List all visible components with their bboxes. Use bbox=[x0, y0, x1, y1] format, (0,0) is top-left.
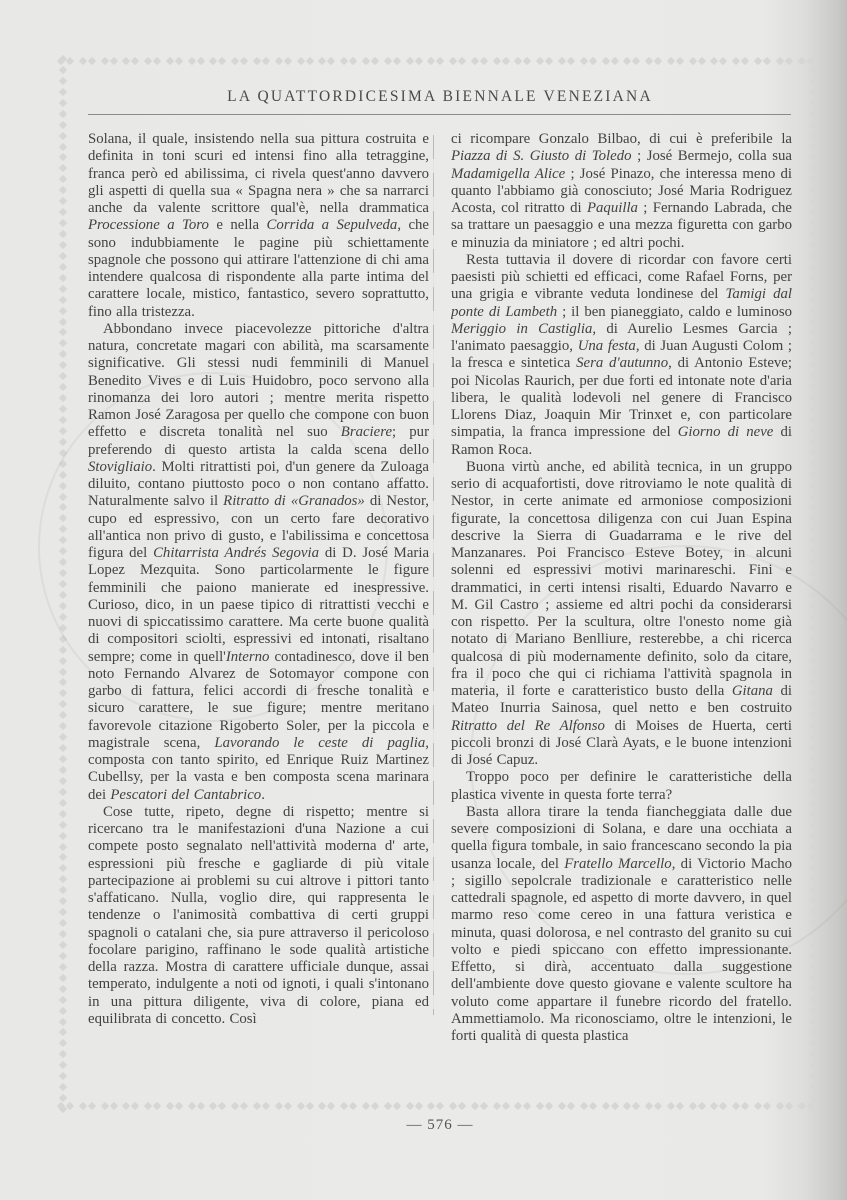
diamond-ornament-icon bbox=[58, 66, 66, 74]
paragraph: Cose tutte, ripeto, degne di rispetto; m… bbox=[88, 804, 429, 1028]
diamond-border-top bbox=[58, 56, 814, 65]
diamond-ornament-icon bbox=[340, 56, 348, 64]
diamond-ornament-icon bbox=[405, 1101, 413, 1109]
diamond-ornament-icon bbox=[58, 88, 66, 96]
diamond-ornament-icon bbox=[58, 831, 66, 839]
diamond-ornament-icon bbox=[240, 56, 248, 64]
diamond-ornament-icon bbox=[436, 56, 444, 64]
diamond-ornament-icon bbox=[436, 1101, 444, 1109]
diamond-ornament-icon bbox=[231, 56, 239, 64]
diamond-ornament-icon bbox=[58, 416, 66, 424]
diamond-ornament-icon bbox=[58, 799, 66, 807]
diamond-ornament-icon bbox=[763, 56, 771, 64]
diamond-ornament-icon bbox=[109, 1101, 117, 1109]
left-column: Solana, il quale, insistendo nella sua p… bbox=[88, 131, 429, 1099]
header-rule bbox=[88, 114, 791, 115]
diamond-ornament-icon bbox=[58, 1083, 66, 1091]
diamond-ornament-icon bbox=[58, 142, 66, 150]
diamond-ornament-icon bbox=[719, 1101, 727, 1109]
diamond-ornament-icon bbox=[58, 864, 66, 872]
diamond-ornament-icon bbox=[362, 56, 370, 64]
diamond-ornament-icon bbox=[58, 1039, 66, 1047]
diamond-ornament-icon bbox=[318, 56, 326, 64]
diamond-ornament-icon bbox=[414, 1101, 422, 1109]
diamond-ornament-icon bbox=[175, 1101, 183, 1109]
diamond-ornament-icon bbox=[809, 153, 817, 161]
diamond-ornament-icon bbox=[58, 897, 66, 905]
diamond-ornament-icon bbox=[809, 197, 817, 205]
diamond-ornament-icon bbox=[580, 1101, 588, 1109]
diamond-ornament-icon bbox=[809, 941, 817, 949]
diamond-ornament-icon bbox=[809, 88, 817, 96]
diamond-ornament-icon bbox=[58, 809, 66, 817]
diamond-ornament-icon bbox=[809, 503, 817, 511]
diamond-ornament-icon bbox=[58, 230, 66, 238]
diamond-ornament-icon bbox=[809, 263, 817, 271]
diamond-ornament-icon bbox=[809, 481, 817, 489]
diamond-ornament-icon bbox=[589, 56, 597, 64]
diamond-border-right bbox=[809, 56, 818, 1112]
diamond-ornament-icon bbox=[58, 99, 66, 107]
diamond-ornament-icon bbox=[458, 56, 466, 64]
diamond-ornament-icon bbox=[697, 56, 705, 64]
work-title-italic: Corrida a Sepulveda bbox=[267, 217, 398, 233]
diamond-ornament-icon bbox=[58, 208, 66, 216]
diamond-ornament-icon bbox=[809, 1050, 817, 1058]
diamond-ornament-icon bbox=[58, 394, 66, 402]
diamond-ornament-icon bbox=[809, 470, 817, 478]
diamond-ornament-icon bbox=[809, 492, 817, 500]
diamond-ornament-icon bbox=[58, 164, 66, 172]
diamond-ornament-icon bbox=[688, 1101, 696, 1109]
diamond-ornament-icon bbox=[58, 908, 66, 916]
text-segment: ; José Bermejo, colla sua bbox=[632, 148, 792, 164]
work-title-italic: Lavorando le ceste di paglia bbox=[214, 735, 425, 751]
diamond-ornament-icon bbox=[809, 55, 817, 63]
work-title-italic: Ritratto di «Granados» bbox=[223, 493, 365, 509]
diamond-ornament-icon bbox=[558, 1101, 566, 1109]
diamond-ornament-icon bbox=[732, 1101, 740, 1109]
diamond-ornament-icon bbox=[58, 744, 66, 752]
diamond-ornament-icon bbox=[809, 383, 817, 391]
diamond-ornament-icon bbox=[58, 963, 66, 971]
diamond-ornament-icon bbox=[58, 645, 66, 653]
diamond-ornament-icon bbox=[480, 56, 488, 64]
article-body: Solana, il quale, insistendo nella sua p… bbox=[88, 131, 792, 1099]
diamond-ornament-icon bbox=[318, 1101, 326, 1109]
diamond-ornament-icon bbox=[809, 274, 817, 282]
diamond-ornament-icon bbox=[545, 1101, 553, 1109]
diamond-ornament-icon bbox=[645, 56, 653, 64]
diamond-ornament-icon bbox=[414, 56, 422, 64]
diamond-ornament-icon bbox=[58, 284, 66, 292]
text-segment: . bbox=[261, 787, 265, 803]
diamond-ornament-icon bbox=[58, 700, 66, 708]
diamond-ornament-icon bbox=[371, 1101, 379, 1109]
work-title-italic: Processione a Toro bbox=[88, 217, 209, 233]
diamond-ornament-icon bbox=[471, 1101, 479, 1109]
diamond-ornament-icon bbox=[589, 1101, 597, 1109]
diamond-ornament-icon bbox=[196, 1101, 204, 1109]
diamond-ornament-icon bbox=[449, 1101, 457, 1109]
diamond-ornament-icon bbox=[58, 317, 66, 325]
diamond-ornament-icon bbox=[144, 1101, 152, 1109]
diamond-ornament-icon bbox=[809, 984, 817, 992]
diamond-ornament-icon bbox=[623, 56, 631, 64]
diamond-ornament-icon bbox=[58, 306, 66, 314]
diamond-ornament-icon bbox=[809, 1094, 817, 1102]
diamond-ornament-icon bbox=[305, 56, 313, 64]
paragraph: Solana, il quale, insistendo nella sua p… bbox=[88, 131, 429, 321]
work-title-italic: Paquilla bbox=[587, 200, 638, 216]
diamond-ornament-icon bbox=[809, 317, 817, 325]
diamond-ornament-icon bbox=[754, 56, 762, 64]
diamond-ornament-icon bbox=[809, 963, 817, 971]
diamond-ornament-icon bbox=[58, 383, 66, 391]
diamond-ornament-icon bbox=[218, 1101, 226, 1109]
diamond-ornament-icon bbox=[809, 405, 817, 413]
diamond-ornament-icon bbox=[240, 1101, 248, 1109]
diamond-ornament-icon bbox=[809, 339, 817, 347]
diamond-ornament-icon bbox=[327, 1101, 335, 1109]
diamond-ornament-icon bbox=[492, 1101, 500, 1109]
diamond-ornament-icon bbox=[153, 1101, 161, 1109]
diamond-ornament-icon bbox=[209, 56, 217, 64]
diamond-ornament-icon bbox=[809, 1083, 817, 1091]
diamond-ornament-icon bbox=[58, 175, 66, 183]
right-column: ci ricompare Gonzalo Bilbao, di cui è pr… bbox=[451, 131, 792, 1099]
diamond-ornament-icon bbox=[122, 1101, 130, 1109]
diamond-ornament-icon bbox=[558, 56, 566, 64]
diamond-ornament-icon bbox=[809, 974, 817, 982]
diamond-ornament-icon bbox=[501, 1101, 509, 1109]
diamond-ornament-icon bbox=[58, 295, 66, 303]
diamond-ornament-icon bbox=[79, 56, 87, 64]
diamond-ornament-icon bbox=[58, 995, 66, 1003]
diamond-ornament-icon bbox=[809, 372, 817, 380]
diamond-ornament-icon bbox=[58, 1028, 66, 1036]
diamond-ornament-icon bbox=[809, 536, 817, 544]
diamond-ornament-icon bbox=[58, 984, 66, 992]
text-segment: Buona virtù anche, ed abilità tecnica, i… bbox=[451, 459, 792, 699]
work-title-italic: Fratello Marcello bbox=[564, 856, 671, 872]
diamond-ornament-icon bbox=[58, 1072, 66, 1080]
diamond-ornament-icon bbox=[809, 514, 817, 522]
diamond-ornament-icon bbox=[536, 56, 544, 64]
diamond-ornament-icon bbox=[58, 197, 66, 205]
diamond-ornament-icon bbox=[809, 547, 817, 555]
diamond-ornament-icon bbox=[327, 56, 335, 64]
diamond-ornament-icon bbox=[383, 1101, 391, 1109]
diamond-ornament-icon bbox=[122, 56, 130, 64]
diamond-ornament-icon bbox=[88, 1101, 96, 1109]
diamond-ornament-icon bbox=[809, 1017, 817, 1025]
work-title-italic: Ritratto del Re Alfonso bbox=[451, 718, 605, 734]
diamond-ornament-icon bbox=[809, 230, 817, 238]
diamond-ornament-icon bbox=[809, 1072, 817, 1080]
diamond-ornament-icon bbox=[809, 1006, 817, 1014]
diamond-ornament-icon bbox=[58, 55, 66, 63]
diamond-ornament-icon bbox=[809, 131, 817, 139]
diamond-ornament-icon bbox=[262, 1101, 270, 1109]
diamond-ornament-icon bbox=[809, 120, 817, 128]
diamond-ornament-icon bbox=[809, 219, 817, 227]
diamond-ornament-icon bbox=[284, 1101, 292, 1109]
paragraph: Abbondano invece piacevolezze pittoriche… bbox=[88, 321, 429, 804]
diamond-ornament-icon bbox=[809, 328, 817, 336]
diamond-ornament-icon bbox=[809, 361, 817, 369]
diamond-ornament-icon bbox=[58, 974, 66, 982]
diamond-ornament-icon bbox=[196, 56, 204, 64]
diamond-ornament-icon bbox=[58, 405, 66, 413]
diamond-ornament-icon bbox=[809, 306, 817, 314]
diamond-ornament-icon bbox=[676, 1101, 684, 1109]
diamond-ornament-icon bbox=[175, 56, 183, 64]
diamond-ornament-icon bbox=[667, 1101, 675, 1109]
diamond-ornament-icon bbox=[688, 56, 696, 64]
diamond-ornament-icon bbox=[131, 56, 139, 64]
diamond-ornament-icon bbox=[741, 1101, 749, 1109]
diamond-ornament-icon bbox=[58, 919, 66, 927]
diamond-ornament-icon bbox=[809, 109, 817, 117]
work-title-italic: Giorno di neve bbox=[678, 424, 774, 440]
diamond-ornament-icon bbox=[809, 525, 817, 533]
diamond-ornament-icon bbox=[58, 1094, 66, 1102]
diamond-ornament-icon bbox=[58, 186, 66, 194]
diamond-ornament-icon bbox=[187, 56, 195, 64]
diamond-ornament-icon bbox=[296, 1101, 304, 1109]
diamond-ornament-icon bbox=[601, 1101, 609, 1109]
diamond-ornament-icon bbox=[58, 788, 66, 796]
text-segment: ci ricompare Gonzalo Bilbao, di cui è pr… bbox=[451, 131, 792, 147]
diamond-ornament-icon bbox=[427, 56, 435, 64]
diamond-ornament-icon bbox=[58, 274, 66, 282]
diamond-ornament-icon bbox=[166, 1101, 174, 1109]
diamond-ornament-icon bbox=[809, 164, 817, 172]
diamond-ornament-icon bbox=[580, 56, 588, 64]
diamond-ornament-icon bbox=[809, 66, 817, 74]
diamond-ornament-icon bbox=[58, 711, 66, 719]
diamond-ornament-icon bbox=[809, 394, 817, 402]
diamond-ornament-icon bbox=[88, 56, 96, 64]
diamond-ornament-icon bbox=[383, 56, 391, 64]
diamond-ornament-icon bbox=[66, 56, 74, 64]
scanned-book-page: LA QUATTORDICESIMA BIENNALE VENEZIANA So… bbox=[0, 0, 847, 1200]
diamond-ornament-icon bbox=[763, 1101, 771, 1109]
diamond-ornament-icon bbox=[719, 56, 727, 64]
diamond-ornament-icon bbox=[349, 56, 357, 64]
diamond-ornament-icon bbox=[296, 56, 304, 64]
diamond-ornament-icon bbox=[697, 1101, 705, 1109]
diamond-ornament-icon bbox=[58, 1006, 66, 1014]
diamond-ornament-icon bbox=[305, 1101, 313, 1109]
diamond-ornament-icon bbox=[262, 56, 270, 64]
diamond-ornament-icon bbox=[58, 886, 66, 894]
paragraph: ci ricompare Gonzalo Bilbao, di cui è pr… bbox=[451, 131, 792, 252]
diamond-ornament-icon bbox=[809, 1028, 817, 1036]
diamond-ornament-icon bbox=[809, 416, 817, 424]
diamond-ornament-icon bbox=[809, 350, 817, 358]
diamond-ornament-icon bbox=[253, 1101, 261, 1109]
diamond-ornament-icon bbox=[231, 1101, 239, 1109]
work-title-italic: Pescatori del Cantabrico bbox=[110, 787, 261, 803]
diamond-ornament-icon bbox=[667, 56, 675, 64]
diamond-ornament-icon bbox=[79, 1101, 87, 1109]
diamond-ornament-icon bbox=[645, 1101, 653, 1109]
text-segment: Abbondano invece piacevolezze pittoriche… bbox=[88, 321, 429, 441]
diamond-ornament-icon bbox=[809, 295, 817, 303]
diamond-ornament-icon bbox=[610, 1101, 618, 1109]
diamond-ornament-icon bbox=[58, 689, 66, 697]
diamond-ornament-icon bbox=[545, 56, 553, 64]
diamond-ornament-icon bbox=[458, 1101, 466, 1109]
diamond-ornament-icon bbox=[218, 56, 226, 64]
diamond-ornament-icon bbox=[809, 142, 817, 150]
diamond-ornament-icon bbox=[392, 1101, 400, 1109]
diamond-ornament-icon bbox=[809, 1061, 817, 1069]
diamond-ornament-icon bbox=[58, 252, 66, 260]
diamond-ornament-icon bbox=[58, 941, 66, 949]
diamond-ornament-icon bbox=[253, 56, 261, 64]
diamond-ornament-icon bbox=[754, 1101, 762, 1109]
diamond-ornament-icon bbox=[58, 263, 66, 271]
work-title-italic: Sera d'autunno bbox=[576, 355, 668, 371]
paragraph: Resta tuttavia il dovere di ricordar con… bbox=[451, 252, 792, 459]
diamond-ornament-icon bbox=[58, 219, 66, 227]
work-title-italic: Gitana bbox=[732, 683, 773, 699]
diamond-ornament-icon bbox=[809, 241, 817, 249]
diamond-ornament-icon bbox=[58, 820, 66, 828]
diamond-ornament-icon bbox=[58, 1105, 66, 1113]
diamond-ornament-icon bbox=[58, 328, 66, 336]
diamond-ornament-icon bbox=[809, 558, 817, 566]
diamond-ornament-icon bbox=[785, 1101, 793, 1109]
diamond-ornament-icon bbox=[100, 1101, 108, 1109]
diamond-ornament-icon bbox=[144, 56, 152, 64]
diamond-ornament-icon bbox=[785, 56, 793, 64]
text-segment: e nella bbox=[209, 217, 267, 233]
text-segment: , di Victorio Macho ; sigillo sepolcrale… bbox=[451, 856, 792, 1045]
diamond-ornament-icon bbox=[284, 56, 292, 64]
diamond-ornament-icon bbox=[492, 56, 500, 64]
diamond-ornament-icon bbox=[166, 56, 174, 64]
work-title-italic: Madamigella Alice bbox=[451, 166, 565, 182]
diamond-ornament-icon bbox=[654, 1101, 662, 1109]
diamond-ornament-icon bbox=[58, 131, 66, 139]
diamond-ornament-icon bbox=[100, 56, 108, 64]
diamond-ornament-icon bbox=[371, 56, 379, 64]
diamond-ornament-icon bbox=[362, 1101, 370, 1109]
diamond-ornament-icon bbox=[536, 1101, 544, 1109]
diamond-ornament-icon bbox=[809, 459, 817, 467]
work-title-italic: Piazza di S. Giusto di Toledo bbox=[451, 148, 632, 164]
diamond-ornament-icon bbox=[58, 339, 66, 347]
diamond-ornament-icon bbox=[58, 875, 66, 883]
diamond-ornament-icon bbox=[58, 755, 66, 763]
diamond-ornament-icon bbox=[349, 1101, 357, 1109]
diamond-ornament-icon bbox=[797, 1101, 805, 1109]
diamond-ornament-icon bbox=[623, 1101, 631, 1109]
diamond-ornament-icon bbox=[58, 733, 66, 741]
diamond-ornament-icon bbox=[58, 120, 66, 128]
text-segment: Solana, il quale, insistendo nella sua p… bbox=[88, 131, 429, 216]
page-number: — 576 — bbox=[88, 1117, 792, 1134]
diamond-ornament-icon bbox=[809, 77, 817, 85]
diamond-ornament-icon bbox=[153, 56, 161, 64]
diamond-ornament-icon bbox=[131, 1101, 139, 1109]
column-divider bbox=[433, 135, 434, 1015]
work-title-italic: Meriggio in Castiglia bbox=[451, 321, 592, 337]
page-title: LA QUATTORDICESIMA BIENNALE VENEZIANA bbox=[88, 88, 792, 106]
work-title-italic: Interno bbox=[226, 649, 270, 665]
diamond-ornament-icon bbox=[809, 175, 817, 183]
diamond-ornament-icon bbox=[601, 56, 609, 64]
text-segment: Troppo poco per definire le caratteristi… bbox=[451, 769, 792, 802]
diamond-ornament-icon bbox=[471, 56, 479, 64]
work-title-italic: Braciere bbox=[341, 424, 392, 440]
paragraph: Buona virtù anche, ed abilità tecnica, i… bbox=[451, 459, 792, 770]
diamond-ornament-icon bbox=[58, 930, 66, 938]
diamond-ornament-icon bbox=[275, 56, 283, 64]
diamond-ornament-icon bbox=[187, 1101, 195, 1109]
diamond-ornament-icon bbox=[809, 99, 817, 107]
diamond-ornament-icon bbox=[567, 1101, 575, 1109]
diamond-ornament-icon bbox=[523, 1101, 531, 1109]
diamond-ornament-icon bbox=[809, 284, 817, 292]
text-segment: ; il ben pianeggiato, caldo e luminoso bbox=[557, 304, 792, 320]
diamond-ornament-icon bbox=[340, 1101, 348, 1109]
diamond-ornament-icon bbox=[58, 667, 66, 675]
diamond-ornament-icon bbox=[58, 361, 66, 369]
diamond-ornament-icon bbox=[809, 208, 817, 216]
diamond-ornament-icon bbox=[676, 56, 684, 64]
diamond-ornament-icon bbox=[610, 56, 618, 64]
diamond-ornament-icon bbox=[392, 56, 400, 64]
diamond-ornament-icon bbox=[797, 56, 805, 64]
diamond-ornament-icon bbox=[58, 952, 66, 960]
diamond-ornament-icon bbox=[480, 1101, 488, 1109]
diamond-ornament-icon bbox=[523, 56, 531, 64]
diamond-ornament-icon bbox=[710, 56, 718, 64]
diamond-ornament-icon bbox=[809, 449, 817, 457]
diamond-ornament-icon bbox=[809, 252, 817, 260]
diamond-ornament-icon bbox=[58, 241, 66, 249]
diamond-ornament-icon bbox=[209, 1101, 217, 1109]
diamond-ornament-icon bbox=[809, 427, 817, 435]
diamond-ornament-icon bbox=[809, 952, 817, 960]
diamond-ornament-icon bbox=[58, 350, 66, 358]
diamond-ornament-icon bbox=[809, 1039, 817, 1047]
diamond-ornament-icon bbox=[809, 186, 817, 194]
diamond-ornament-icon bbox=[58, 1017, 66, 1025]
diamond-ornament-icon bbox=[501, 56, 509, 64]
diamond-ornament-icon bbox=[654, 56, 662, 64]
diamond-ornament-icon bbox=[405, 56, 413, 64]
diamond-ornament-icon bbox=[58, 1061, 66, 1069]
diamond-ornament-icon bbox=[58, 656, 66, 664]
diamond-ornament-icon bbox=[776, 56, 784, 64]
diamond-ornament-icon bbox=[58, 777, 66, 785]
diamond-ornament-icon bbox=[809, 995, 817, 1003]
diamond-ornament-icon bbox=[58, 372, 66, 380]
diamond-ornament-icon bbox=[567, 56, 575, 64]
diamond-ornament-icon bbox=[809, 1105, 817, 1113]
diamond-ornament-icon bbox=[58, 842, 66, 850]
diamond-ornament-icon bbox=[58, 853, 66, 861]
diamond-ornament-icon bbox=[776, 1101, 784, 1109]
diamond-ornament-icon bbox=[58, 438, 66, 446]
diamond-ornament-icon bbox=[427, 1101, 435, 1109]
